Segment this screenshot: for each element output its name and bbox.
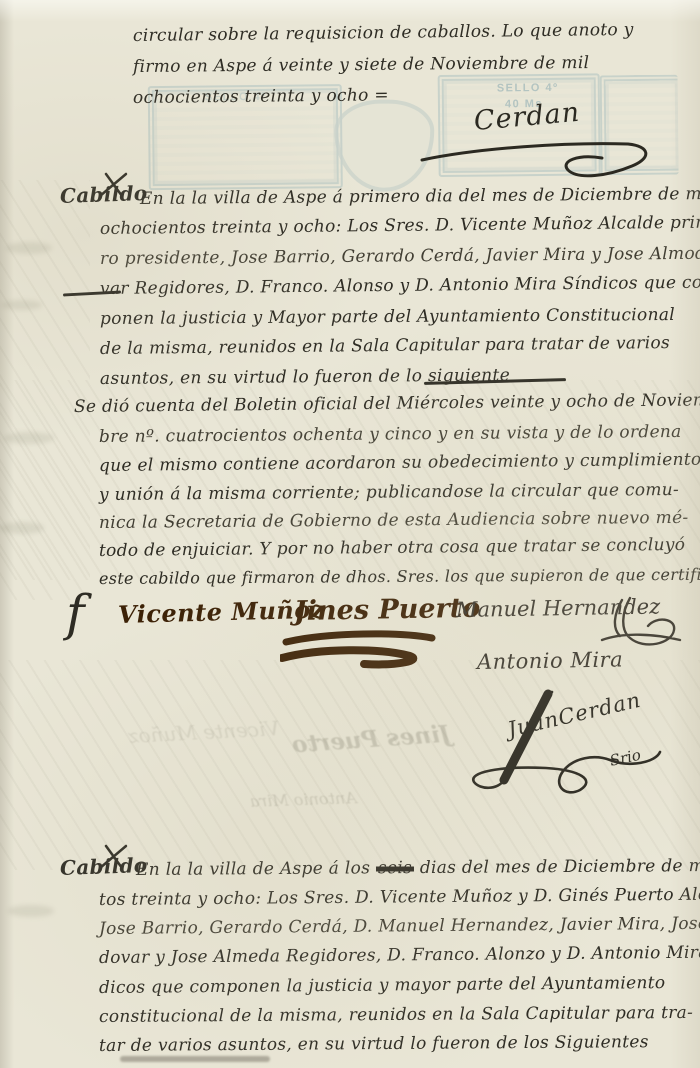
manuscript-line: Jose Barrio, Gerardo Cerdá, D. Manuel He… [99, 913, 700, 939]
page-edge-smudge [120, 1056, 270, 1062]
manuscript-line: ponen la justicia y Mayor parte del Ayun… [100, 305, 675, 329]
struck-word: seis [376, 858, 414, 878]
signature-antonio-mira: Antonio Mira [477, 647, 624, 674]
manuscript-line: nica la Secretaria de Gobierno de esta A… [99, 508, 689, 533]
ghost-signature: Antonio Mira [250, 788, 357, 811]
signature-rubric-icon [600, 596, 690, 654]
ink-smudge [6, 242, 52, 254]
ink-smudge [4, 432, 54, 444]
manuscript-line: dovar y Jose Almeda Regidores, D. Franco… [99, 942, 700, 968]
manuscript-line: ochocientos treinta y ocho = [133, 85, 389, 108]
ghost-signature: Jines Puerto [291, 720, 451, 758]
signature-paraph: f [66, 584, 85, 642]
manuscript-line: todo de enjuiciar. Y por no haber otra c… [99, 535, 685, 561]
manuscript-line: que el mismo contiene acordaron su obede… [99, 450, 700, 476]
manuscript-line: y unión á la misma corriente; publicando… [99, 480, 679, 505]
manuscript-line: de la misma, reunidos en la Sala Capitul… [100, 333, 670, 359]
signature-flourish-icon [418, 128, 658, 190]
manuscript-line: firmo en Aspe á veinte y siete de Noviem… [133, 53, 589, 77]
ink-smudge [2, 300, 42, 310]
manuscript-line: dicos que componen la justicia y mayor p… [99, 973, 666, 998]
ink-smudge [0, 522, 44, 534]
line-fragment: En la la villa de Aspe á los [136, 858, 370, 880]
signature-jines-puerto: Jines Puerto [294, 593, 481, 627]
manuscript-line: constitucional de la misma, reunidos en … [99, 1003, 693, 1027]
signature-underline-flourish-icon [280, 628, 440, 672]
manuscript-line: tos treinta y ocho: Los Sres. D. Vicente… [99, 884, 700, 910]
ghost-signature: Vicente Muñoz [127, 716, 280, 748]
manuscript-line: Se dió cuenta del Boletin oficial del Mi… [74, 390, 700, 417]
manuscript-line: bre nº. cuatrocientos ochenta y cinco y … [99, 422, 682, 447]
manuscript-line: ro presidente, Jose Barrio, Gerardo Cerd… [100, 244, 700, 269]
manuscript-line: asuntos, en su virtud lo fueron de lo si… [100, 365, 510, 389]
heading-cross-flourish-icon [96, 172, 130, 198]
stamp-label: SELLO 4º [497, 82, 559, 95]
ink-smudge [8, 905, 54, 917]
manuscript-line: este cabildo que firmaron de dhos. Sres.… [99, 565, 700, 588]
heading-cross-flourish-icon [96, 844, 130, 870]
line-fragment: dias del mes de Diciembre de mil ochocie… [420, 855, 700, 878]
manuscript-page: SELLO 4º 40 Ms SELLO 4º circular sobre l… [0, 0, 700, 1068]
manuscript-line: En la la villa de Aspe á los seis dias d… [136, 855, 700, 880]
manuscript-line: var Regidores, D. Franco. Alonso y D. An… [100, 272, 700, 299]
manuscript-line: tar de varios asuntos, en su virtud lo f… [99, 1032, 649, 1056]
